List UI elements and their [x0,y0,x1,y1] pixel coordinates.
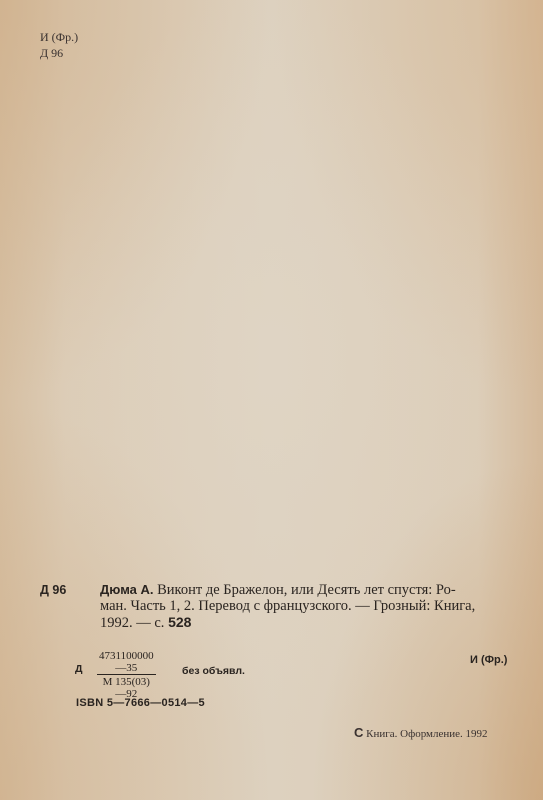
price-fraction: 4731100000—35 М 135(03)—92 [97,650,156,700]
price-numerator: 4731100000—35 [97,650,156,674]
entry-line3: 1992. — с. 528 [100,614,525,631]
classification-code-right: И (Фр.) [470,654,507,666]
entry-page-count: 528 [168,614,191,630]
entry-author: Дюма А. [100,582,153,597]
book-imprint-page: И (Фр.) Д 96 Д 96 Дюма А. Виконт де Браж… [0,0,543,800]
top-classification-code: И (Фр.) Д 96 [40,29,78,61]
top-code-line1: И (Фр.) [40,29,78,45]
price-letter: Д [75,663,82,675]
entry-line3-prefix: 1992. — с. [100,615,168,631]
copyright-line: С Книга. Оформление. 1992 [354,725,488,740]
entry-line2: ман. Часть 1, 2. Перевод с французского.… [100,598,525,614]
bibliographic-entry: Д 96 Дюма А. Виконт де Бражелон, или Дес… [40,582,525,631]
copyright-text: Книга. Оформление. 1992 [363,728,487,740]
entry-title-line1: Виконт де Бражелон, или Десять лет спуст… [153,582,455,598]
top-code-line2: Д 96 [40,45,78,61]
copyright-symbol: С [354,725,363,740]
isbn: ISBN 5—7666—0514—5 [76,697,205,709]
entry-body: Дюма А. Виконт де Бражелон, или Десять л… [100,582,525,631]
price-note: без объявл. [182,665,245,677]
entry-code: Д 96 [40,582,66,598]
